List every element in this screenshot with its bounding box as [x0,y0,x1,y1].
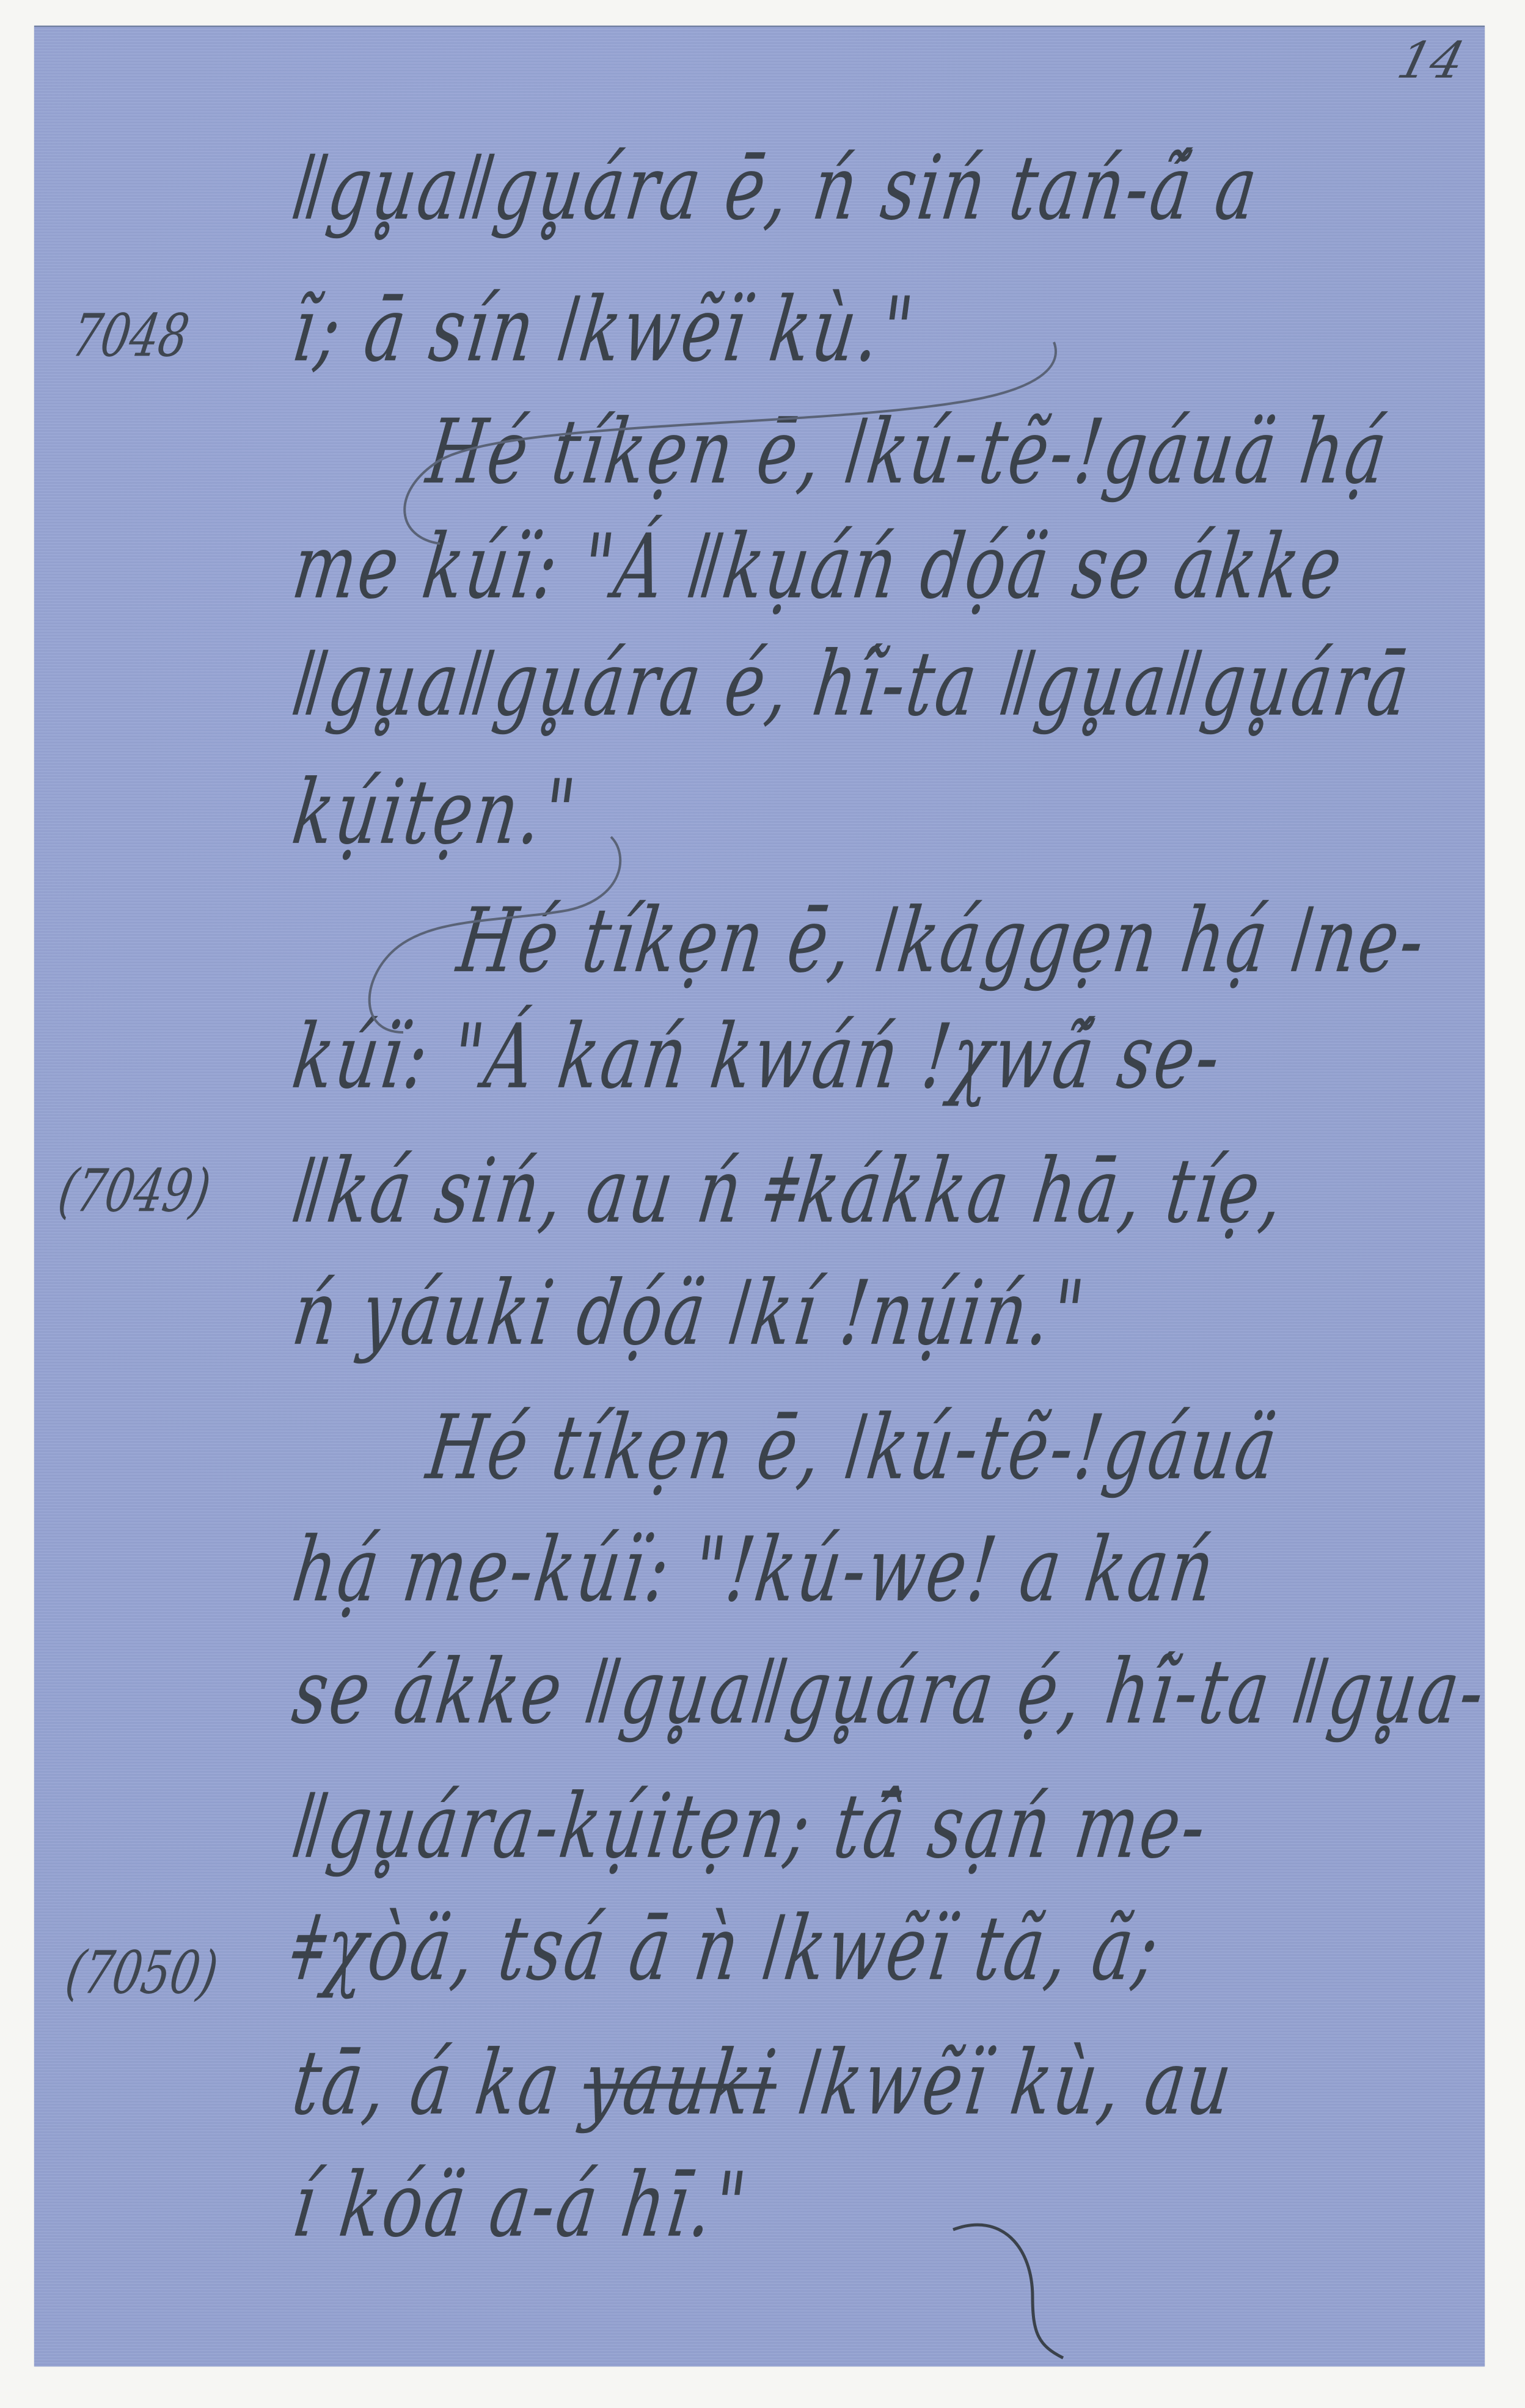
margin-ref-7048: 7048 [67,302,194,370]
manuscript-line-16: tā, á ka yauki ǀkwẽï kù, au [287,2032,1240,2135]
manuscript-line-9: ǁká siń, au ń ǂkákka hā, tíẹ, [287,1140,1292,1243]
manuscript-line-11: Hé tíkẹn ē, ǀkú-tẽ-!gáuä [422,1396,1284,1500]
line-16-before: tā, á ka [287,2032,591,2135]
manuscript-line-7: Hé tíkẹn ē, ǀkággẹn hạ́ ǀne- [452,889,1432,993]
line-16-after: ǀkwẽï kù, au [770,2032,1240,2135]
margin-ref-7049: (7049) [54,1157,215,1225]
manuscript-line-8: kúï: "Á kań kwáń !χwã́ se- [287,1005,1228,1109]
manuscript-line-5: ǁgu̥aǁgu̥ára é, hĩ́-ta ǁgu̥aǁgu̥árā [287,633,1417,736]
manuscript-line-6: kụ́itẹn." [287,761,583,864]
manuscript-line-13: se ákke ǁgu̥aǁgu̥ára ẹ́, hĩ́-ta ǁgu̥a- [287,1641,1492,1744]
margin-ref-7050: (7050) [61,1939,222,2007]
manuscript-line-10: ń yáuki dọ́ä ǀkí !nụ́iń." [287,1262,1092,1365]
struck-word: yauki [577,2032,783,2135]
manuscript-line-12: hạ́ me-kúï: "!kú-we! a kań [287,1519,1222,1622]
manuscript-line-4: me kúï: "Á ǁkụáń dọ́ä se ákke [287,516,1350,619]
manuscript-line-15: ǂχòä, tsá ā ǹ ǀkwẽï tã, ã; [287,1897,1166,2001]
manuscript-line-2: ĩ; ā sín ǀkwẽï kù." [287,279,921,382]
manuscript-line-1: ǁgu̥aǁgu̥ára ē, ń siń tań-ã́ a [287,137,1265,240]
manuscript-line-17: í kóä a-á hī." [287,2154,754,2257]
manuscript-line-14: ǁgu̥ára-kụ́itẹn; tā̂ sạń me- [287,1775,1214,1878]
manuscript-line-3: Hé tíkẹn ē, ǀkú-tẽ-!gáuä hạ́ [422,401,1395,504]
